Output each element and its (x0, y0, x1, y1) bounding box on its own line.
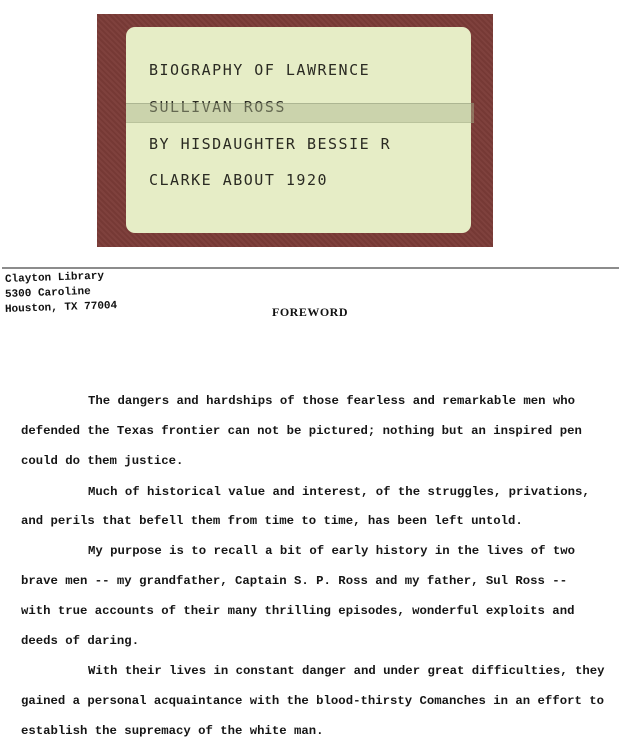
stamp-line-3: Houston, TX 77004 (5, 299, 118, 318)
library-stamp: Clayton Library 5300 Caroline Houston, T… (5, 271, 117, 316)
text-line: My purpose is to recall a bit of early h… (88, 544, 575, 558)
text-line: brave men -- my grandfather, Captain S. … (21, 574, 567, 588)
text-line: The dangers and hardships of those fearl… (88, 394, 575, 408)
text-line: gained a personal acquaintance with the … (21, 694, 604, 708)
text-line: and perils that befell them from time to… (21, 514, 523, 528)
text-line: With their lives in constant danger and … (88, 664, 605, 678)
card-line-4: CLARKE ABOUT 1920 (149, 171, 328, 189)
catalog-card (126, 27, 471, 233)
text-line: establish the supremacy of the white man… (21, 724, 324, 738)
card-line-3: BY HISDAUGHTER BESSIE R (149, 135, 391, 153)
text-line: deeds of daring. (21, 634, 139, 648)
page-divider (2, 267, 619, 269)
tape-strip (126, 103, 474, 123)
card-line-1: BIOGRAPHY OF LAWRENCE (149, 61, 370, 79)
text-line: Much of historical value and interest, o… (88, 485, 590, 499)
text-line: with true accounts of their many thrilli… (21, 604, 574, 618)
page-title: FOREWORD (272, 305, 348, 320)
text-line: could do them justice. (21, 454, 183, 468)
text-line: defended the Texas frontier can not be p… (21, 424, 582, 438)
